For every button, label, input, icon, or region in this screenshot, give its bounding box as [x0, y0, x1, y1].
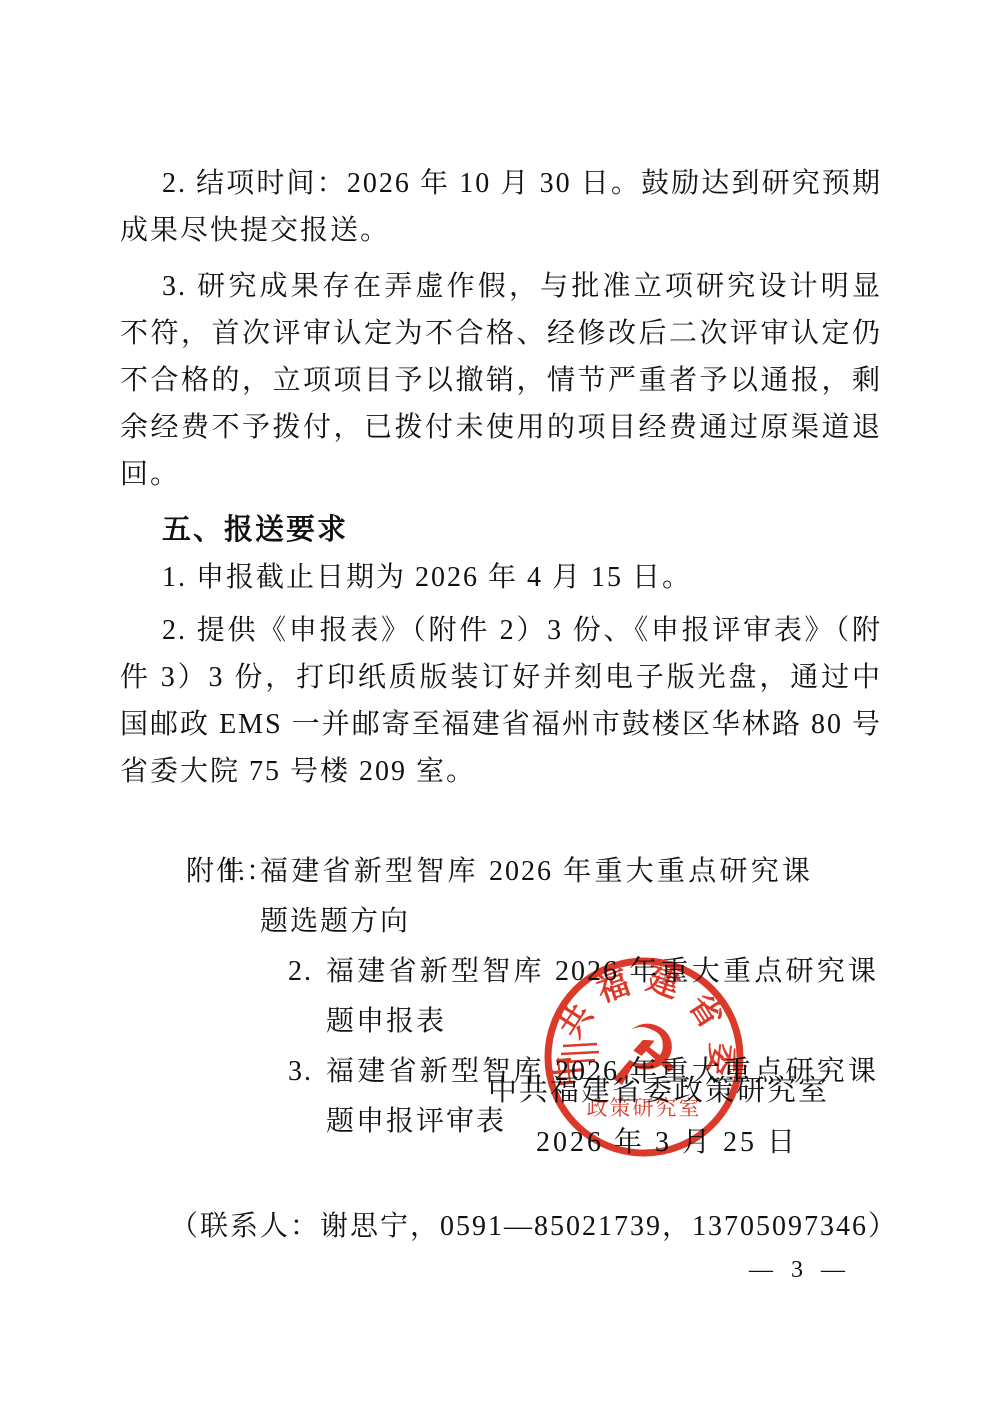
attachment-number: 1. — [222, 847, 260, 897]
contact-line: （联系人：谢思宁，0591—85021739，13705097346） — [170, 1204, 898, 1244]
document-body: 2. 结项时间：2026 年 10 月 30 日。鼓励达到研究预期成果尽快提交报… — [120, 160, 882, 1147]
signature-date: 2026 年 3 月 25 日 — [536, 1120, 798, 1160]
document-page: 2. 结项时间：2026 年 10 月 30 日。鼓励达到研究预期成果尽快提交报… — [0, 0, 1000, 1414]
attachment-item-1: 附件： 1. 福建省新型智库 2026 年重大重点研究课题选题方向 — [120, 847, 882, 947]
section-heading-submission-requirements: 五、报送要求 — [120, 507, 882, 554]
paragraph-completion-deadline: 2. 结项时间：2026 年 10 月 30 日。鼓励达到研究预期成果尽快提交报… — [120, 160, 882, 254]
attachment-number: 3. — [288, 1047, 326, 1097]
attachments-label: 附件： — [120, 847, 222, 897]
page-number: — 3 — — [745, 1257, 855, 1284]
attachment-title: 福建省新型智库 2026 年重大重点研究课题申报表 — [326, 947, 878, 1047]
paragraph-mailing-instructions: 2. 提供《申报表》（附件 2）3 份、《申报评审表》（附件 3）3 份，打印纸… — [120, 607, 882, 795]
attachment-item-2: 2. 福建省新型智库 2026 年重大重点研究课题申报表 — [120, 947, 882, 1047]
paragraph-application-deadline: 1. 申报截止日期为 2026 年 4 月 15 日。 — [120, 554, 882, 601]
attachment-number: 2. — [288, 947, 326, 997]
paragraph-fraud-penalty: 3. 研究成果存在弄虚作假，与批准立项研究设计明显不符，首次评审认定为不合格、经… — [120, 263, 882, 498]
signature-organization: 中共福建省委政策研究室 — [488, 1068, 829, 1109]
attachment-title: 福建省新型智库 2026 年重大重点研究课题选题方向 — [260, 847, 812, 947]
